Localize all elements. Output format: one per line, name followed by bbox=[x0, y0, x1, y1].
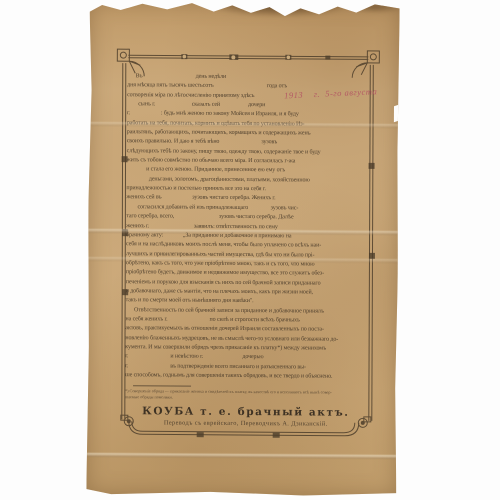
document-paper: Въ день недѣлидня мѣсяца пять тысячъ шес… bbox=[86, 1, 399, 497]
paper-tear-notch bbox=[394, 104, 401, 122]
form-body-text: Въ день недѣлидня мѣсяца пять тысячъ шес… bbox=[125, 72, 369, 382]
footnote-rule bbox=[133, 386, 191, 387]
document-title: КОУБА т. е. брачный актъ. bbox=[125, 405, 367, 419]
footnote-line: шаемые обряды помолвки. bbox=[125, 394, 367, 401]
form-content: Въ день недѣлидня мѣсяца пять тысячъ шес… bbox=[125, 72, 369, 428]
form-line: ше способомъ, годнымъ для совершенія так… bbox=[125, 371, 367, 382]
scan-background: Въ день недѣлидня мѣсяца пять тысячъ шес… bbox=[0, 0, 500, 500]
